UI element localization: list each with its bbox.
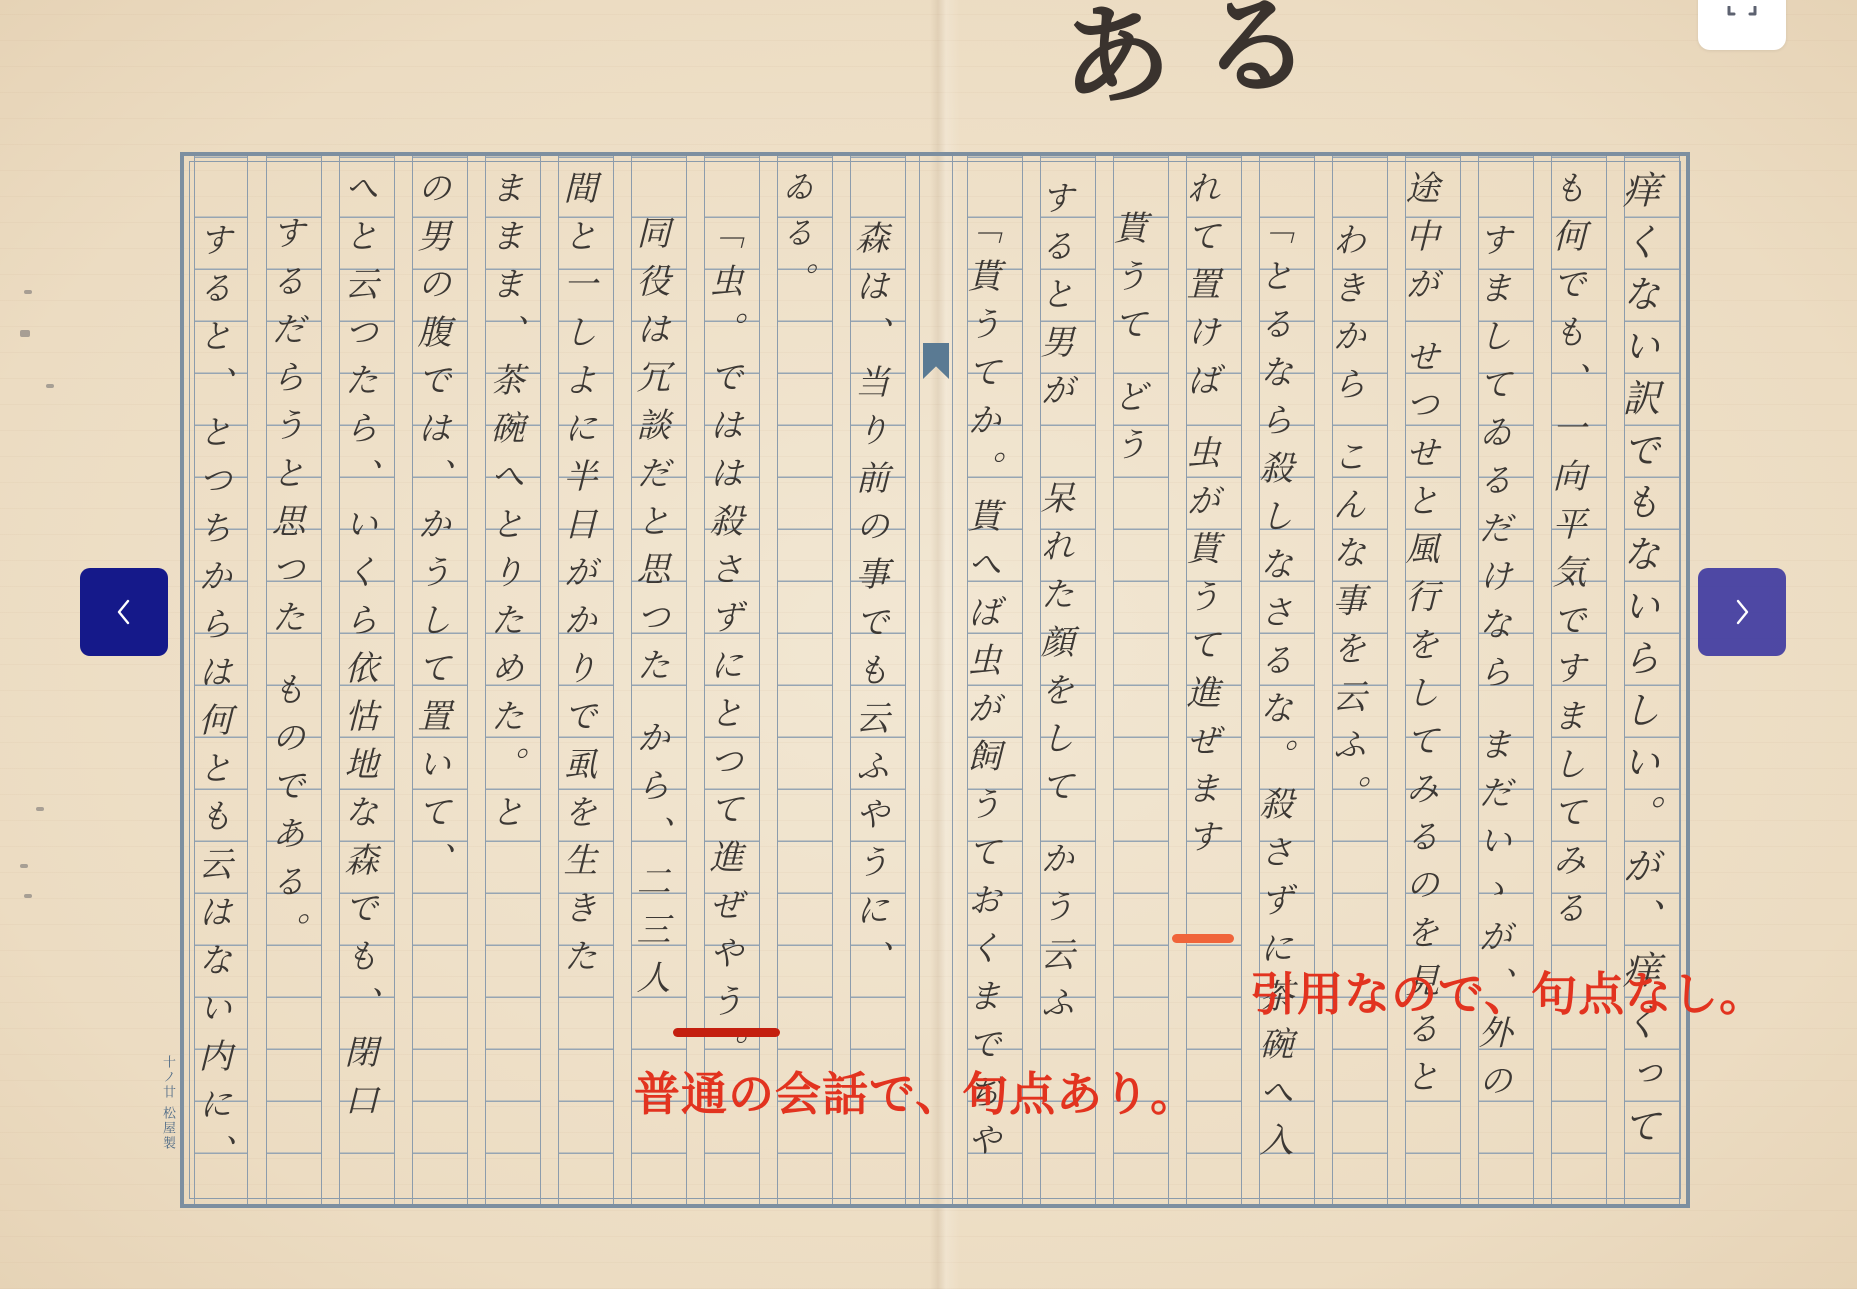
fishtail-marker-icon: [923, 343, 949, 379]
annotation-quote-note: 引用なので、句点なし。: [1250, 958, 1766, 1024]
margin-speck: [24, 894, 32, 898]
manuscript-line: ままま、茶碗へとりためた。と: [478, 170, 530, 842]
manuscript-line: するだらうと思つた ものである。: [259, 215, 311, 960]
fullscreen-button[interactable]: [1698, 0, 1786, 50]
manuscript-line: 森は、当り前の事でも云ふやうに、: [843, 220, 895, 988]
manuscript-line: 同役は冗談だと思つた から、二三人: [624, 215, 676, 1008]
manuscript-line: すると男が: [1028, 180, 1080, 420]
annotation-underline-dialogue: [673, 1028, 780, 1037]
annotation-dialogue-note: 普通の会話で、句点あり。: [634, 1058, 1197, 1124]
margin-speck: [20, 864, 28, 868]
manuscript-line: 「とるなら殺しなさるな。殺さずに茶碗へ入: [1247, 210, 1299, 1170]
chevron-right-icon: [1731, 597, 1753, 627]
margin-speck: [20, 330, 30, 337]
manuscript-line: すると、とつちからは何とも云はない内に、: [186, 222, 238, 1182]
fullscreen-icon: [1727, 6, 1757, 18]
margin-speck: [36, 807, 44, 811]
manuscript-line: 貰うて どう: [1101, 210, 1153, 475]
manuscript-line: 「虫。ではは殺さずにとつて進ぜやう。: [697, 215, 749, 1079]
next-image-button[interactable]: [1698, 568, 1786, 656]
chevron-left-icon: [113, 597, 135, 627]
manuscript-line: 「貰うてか。貰へば虫が飼うておくまでぢや: [955, 210, 1007, 1170]
manuscript-line: 呆れた顔をして かう云ふ: [1028, 480, 1080, 1033]
manuscript-line: の男の腹では、かうして置いて、: [405, 170, 457, 890]
manuscript-line: 間と一しよに半日がかりで虱を生きた: [551, 170, 603, 986]
annotation-underline-quote: [1172, 934, 1234, 943]
manuscript-line: も何でも、一向平気ですましてみる: [1540, 170, 1592, 938]
manuscript-line: ゐる。: [770, 170, 822, 308]
manuscript-line: わきから こんな事を云ふ。: [1320, 222, 1372, 823]
margin-speck: [46, 384, 54, 388]
heading-calligraphy: ある: [1055, 0, 1345, 130]
center-spine: [919, 156, 953, 1204]
previous-image-button[interactable]: [80, 568, 168, 656]
margin-speck: [24, 290, 32, 294]
paper-maker-mark: 十ノ廿 松屋製: [158, 1055, 177, 1151]
grid-column: [777, 156, 833, 1204]
manuscript-line: れて置けば 虫が貰うて進ぜます: [1174, 170, 1226, 867]
manuscript-line: へと云つたら、いくら依怙地な森でも、閉口: [332, 170, 384, 1130]
